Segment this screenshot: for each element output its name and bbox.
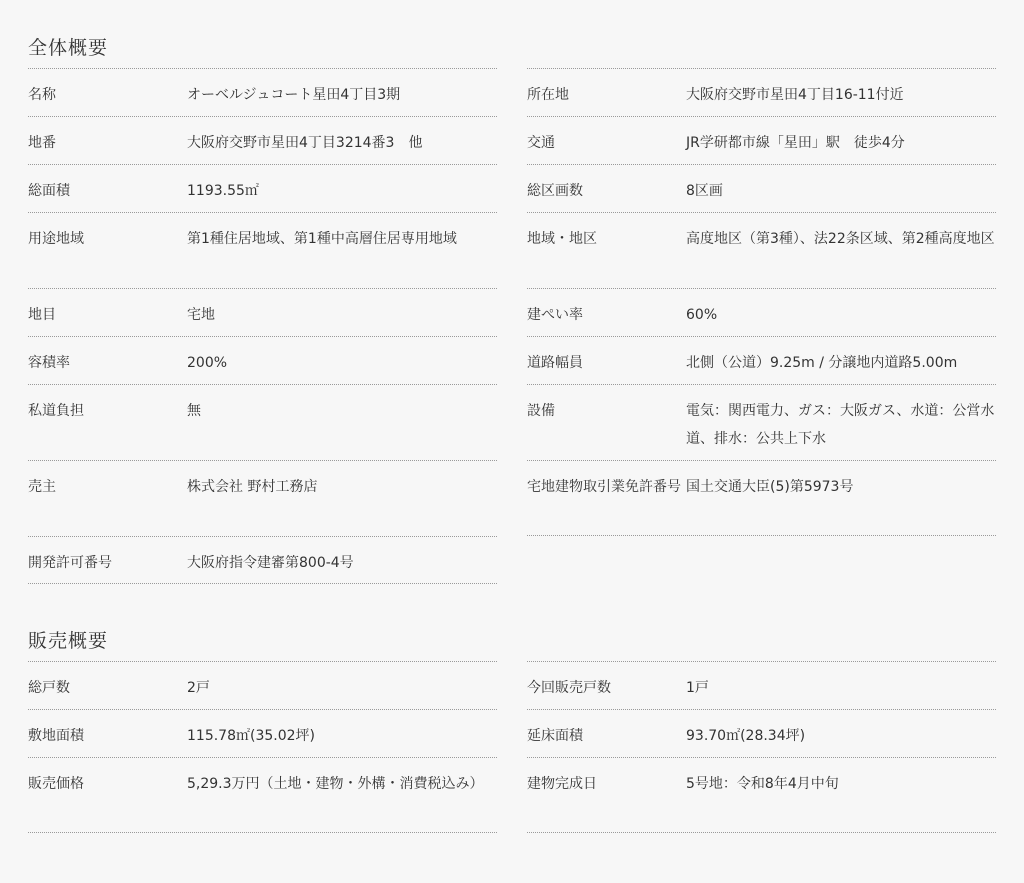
table-row: 建物完成日5号地：令和8年4月中旬 — [527, 757, 996, 833]
table-row: 建ぺい率60% — [527, 288, 996, 336]
row-label: 地番 — [28, 129, 187, 157]
row-value: 200% — [187, 349, 497, 377]
table-row: 交通JR学研都市線「星田」駅 徒歩4分 — [527, 116, 996, 164]
row-label: 道路幅員 — [527, 349, 686, 377]
table-row: 販売価格5,29.3万円（土地・建物・外構・消費税込み） — [28, 757, 497, 833]
row-value: 高度地区（第3種）、法22条区域、第2種高度地区 — [686, 225, 996, 253]
overview-right-column: 所在地大阪府交野市星田4丁目16-11付近交通JR学研都市線「星田」駅 徒歩4分… — [527, 68, 996, 584]
overview-grid: 名称オーベルジュコート星田4丁目3期地番大阪府交野市星田4丁目3214番3 他総… — [28, 68, 996, 584]
row-label: 販売価格 — [28, 770, 187, 798]
row-label: 私道負担 — [28, 397, 187, 425]
table-row: 地番大阪府交野市星田4丁目3214番3 他 — [28, 116, 497, 164]
row-label: 総戸数 — [28, 674, 187, 702]
row-label: 延床面積 — [527, 722, 686, 750]
table-row: 私道負担無 — [28, 384, 497, 460]
row-label: 名称 — [28, 81, 187, 109]
row-label: 敷地面積 — [28, 722, 187, 750]
row-label: 今回販売戸数 — [527, 674, 686, 702]
row-label: 所在地 — [527, 81, 686, 109]
sales-right-column: 今回販売戸数1戸延床面積93.70㎡(28.34坪)建物完成日5号地：令和8年4… — [527, 661, 996, 833]
row-label: 建物完成日 — [527, 770, 686, 798]
sales-grid: 総戸数2戸敷地面積115.78㎡(35.02坪)販売価格5,29.3万円（土地・… — [28, 661, 996, 833]
row-value: 電気：関西電力、ガス：大阪ガス、水道：公営水道、排水：公共上下水 — [686, 397, 996, 453]
row-value: 93.70㎡(28.34坪) — [686, 722, 996, 750]
row-value: 8区画 — [686, 177, 996, 205]
table-row: 地域・地区高度地区（第3種）、法22条区域、第2種高度地区 — [527, 212, 996, 288]
table-row: 総戸数2戸 — [28, 661, 497, 709]
row-label: 宅地建物取引業免許番号 — [527, 473, 686, 501]
table-row: 敷地面積115.78㎡(35.02坪) — [28, 709, 497, 757]
table-row: 所在地大阪府交野市星田4丁目16-11付近 — [527, 68, 996, 116]
row-label: 総面積 — [28, 177, 187, 205]
row-value: オーベルジュコート星田4丁目3期 — [187, 81, 497, 109]
sales-left-column: 総戸数2戸敷地面積115.78㎡(35.02坪)販売価格5,29.3万円（土地・… — [28, 661, 497, 833]
row-value: 第1種住居地域、第1種中高層住居専用地域 — [187, 225, 497, 253]
row-label: 交通 — [527, 129, 686, 157]
overview-left-column: 名称オーベルジュコート星田4丁目3期地番大阪府交野市星田4丁目3214番3 他総… — [28, 68, 497, 584]
table-row: 用途地域第1種住居地域、第1種中高層住居専用地域 — [28, 212, 497, 288]
table-row: 地目宅地 — [28, 288, 497, 336]
table-row: 開発許可番号大阪府指令建審第800-4号 — [28, 536, 497, 584]
row-value: 大阪府交野市星田4丁目3214番3 他 — [187, 129, 497, 157]
table-row: 延床面積93.70㎡(28.34坪) — [527, 709, 996, 757]
row-value: 北側（公道）9.25m / 分譲地内道路5.00m — [686, 349, 996, 377]
row-label: 用途地域 — [28, 225, 187, 253]
row-label: 開発許可番号 — [28, 549, 187, 577]
table-row: 総区画数8区画 — [527, 164, 996, 212]
table-row: 設備電気：関西電力、ガス：大阪ガス、水道：公営水道、排水：公共上下水 — [527, 384, 996, 460]
table-row: 宅地建物取引業免許番号国土交通大臣(5)第5973号 — [527, 460, 996, 536]
row-value: 60% — [686, 301, 996, 329]
section-title-overview: 全体概要 — [28, 33, 108, 60]
table-row: 今回販売戸数1戸 — [527, 661, 996, 709]
row-value: 5号地：令和8年4月中旬 — [686, 770, 996, 798]
row-label: 地目 — [28, 301, 187, 329]
row-value: 無 — [187, 397, 497, 425]
row-label: 売主 — [28, 473, 187, 501]
row-value: 2戸 — [187, 674, 497, 702]
section-title-sales: 販売概要 — [28, 626, 108, 653]
row-label: 設備 — [527, 397, 686, 425]
row-value: 国土交通大臣(5)第5973号 — [686, 473, 996, 501]
row-value: 115.78㎡(35.02坪) — [187, 722, 497, 750]
table-row: 容積率200% — [28, 336, 497, 384]
row-value: 大阪府交野市星田4丁目16-11付近 — [686, 81, 996, 109]
table-row: 道路幅員北側（公道）9.25m / 分譲地内道路5.00m — [527, 336, 996, 384]
row-value: JR学研都市線「星田」駅 徒歩4分 — [686, 129, 996, 157]
row-label: 建ぺい率 — [527, 301, 686, 329]
table-row: 売主株式会社 野村工務店 — [28, 460, 497, 536]
row-value: 大阪府指令建審第800-4号 — [187, 549, 497, 577]
table-row: 名称オーベルジュコート星田4丁目3期 — [28, 68, 497, 116]
row-value: 宅地 — [187, 301, 497, 329]
row-value: 1戸 — [686, 674, 996, 702]
row-label: 地域・地区 — [527, 225, 686, 253]
row-value: 1193.55㎡ — [187, 177, 497, 205]
row-value: 株式会社 野村工務店 — [187, 473, 497, 501]
row-label: 容積率 — [28, 349, 187, 377]
table-row: 総面積1193.55㎡ — [28, 164, 497, 212]
row-value: 5,29.3万円（土地・建物・外構・消費税込み） — [187, 770, 497, 798]
row-label: 総区画数 — [527, 177, 686, 205]
